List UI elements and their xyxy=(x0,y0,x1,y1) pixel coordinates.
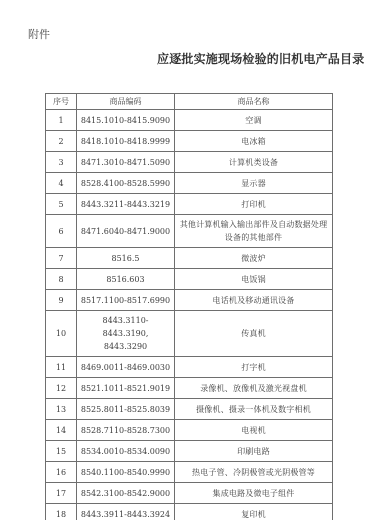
table-row: 78516.5微波炉 xyxy=(46,248,333,269)
table-row: 158534.0010-8534.0090印刷电路 xyxy=(46,441,333,462)
product-name-cell: 电饭锅 xyxy=(175,269,333,290)
table-row: 38471.3010-8471.5090计算机类设备 xyxy=(46,152,333,173)
page-title: 应逐批实施现场检验的旧机电产品目录 xyxy=(157,50,364,67)
product-name-cell: 其他计算机输入输出部件及自动数据处理设备的其他部件 xyxy=(175,215,333,248)
table-row: 18415.1010-8415.9090空调 xyxy=(46,110,333,131)
serial-number-cell: 13 xyxy=(46,399,77,420)
product-code-cell: 8418.1010-8418.9999 xyxy=(77,131,175,152)
product-code-cell: 8471.3010-8471.5090 xyxy=(77,152,175,173)
product-name-cell: 显示器 xyxy=(175,173,333,194)
product-code-cell: 8516.5 xyxy=(77,248,175,269)
serial-number-cell: 9 xyxy=(46,290,77,311)
table-row: 88516.603电饭锅 xyxy=(46,269,333,290)
serial-number-cell: 6 xyxy=(46,215,77,248)
serial-number-cell: 7 xyxy=(46,248,77,269)
product-name-cell: 复印机 xyxy=(175,504,333,520)
serial-number-cell: 2 xyxy=(46,131,77,152)
table-row: 148528.7110-8528.7300电视机 xyxy=(46,420,333,441)
table-header-row: 序号 商品编码 商品名称 xyxy=(46,94,333,110)
product-name-cell: 录像机、放像机及激光视盘机 xyxy=(175,378,333,399)
product-code-cell: 8517.1100-8517.6990 xyxy=(77,290,175,311)
product-name-cell: 打印机 xyxy=(175,194,333,215)
serial-number-cell: 1 xyxy=(46,110,77,131)
product-code-cell: 8443.3911-8443.3924 xyxy=(77,504,175,520)
product-name-cell: 微波炉 xyxy=(175,248,333,269)
product-name-cell: 热电子管、冷阴极管或光阴极管等 xyxy=(175,462,333,483)
serial-number-cell: 8 xyxy=(46,269,77,290)
product-name-cell: 传真机 xyxy=(175,311,333,357)
table-row: 188443.3911-8443.3924复印机 xyxy=(46,504,333,520)
serial-number-cell: 14 xyxy=(46,420,77,441)
table-row: 108443.3110-8443.3190, 8443.3290传真机 xyxy=(46,311,333,357)
product-code-cell: 8516.603 xyxy=(77,269,175,290)
table-row: 128521.1011-8521.9019录像机、放像机及激光视盘机 xyxy=(46,378,333,399)
product-name-cell: 计算机类设备 xyxy=(175,152,333,173)
product-catalog-table: 序号 商品编码 商品名称 18415.1010-8415.9090空调28418… xyxy=(45,93,333,520)
serial-number-cell: 5 xyxy=(46,194,77,215)
product-name-cell: 空调 xyxy=(175,110,333,131)
product-code-cell: 8525.8011-8525.8039 xyxy=(77,399,175,420)
serial-number-cell: 16 xyxy=(46,462,77,483)
product-name-cell: 电话机及移动通讯设备 xyxy=(175,290,333,311)
serial-number-cell: 4 xyxy=(46,173,77,194)
serial-number-cell: 17 xyxy=(46,483,77,504)
product-code-cell: 8534.0010-8534.0090 xyxy=(77,441,175,462)
column-header-name: 商品名称 xyxy=(175,94,333,110)
serial-number-cell: 11 xyxy=(46,357,77,378)
product-name-cell: 打字机 xyxy=(175,357,333,378)
product-code-cell: 8542.3100-8542.9000 xyxy=(77,483,175,504)
product-code-cell: 8443.3110-8443.3190, 8443.3290 xyxy=(77,311,175,357)
product-code-cell: 8415.1010-8415.9090 xyxy=(77,110,175,131)
table-row: 28418.1010-8418.9999电冰箱 xyxy=(46,131,333,152)
product-name-cell: 电视机 xyxy=(175,420,333,441)
product-code-cell: 8521.1011-8521.9019 xyxy=(77,378,175,399)
table-body: 18415.1010-8415.9090空调28418.1010-8418.99… xyxy=(46,110,333,520)
table-row: 138525.8011-8525.8039摄像机、摄录一体机及数字相机 xyxy=(46,399,333,420)
column-header-serial: 序号 xyxy=(46,94,77,110)
table-row: 68471.6040-8471.9000其他计算机输入输出部件及自动数据处理设备… xyxy=(46,215,333,248)
table-row: 178542.3100-8542.9000集成电路及微电子组件 xyxy=(46,483,333,504)
product-name-cell: 摄像机、摄录一体机及数字相机 xyxy=(175,399,333,420)
product-name-cell: 印刷电路 xyxy=(175,441,333,462)
serial-number-cell: 3 xyxy=(46,152,77,173)
product-code-cell: 8540.1100-8540.9990 xyxy=(77,462,175,483)
product-code-cell: 8471.6040-8471.9000 xyxy=(77,215,175,248)
table-row: 98517.1100-8517.6990电话机及移动通讯设备 xyxy=(46,290,333,311)
serial-number-cell: 10 xyxy=(46,311,77,357)
table-row: 58443.3211-8443.3219打印机 xyxy=(46,194,333,215)
serial-number-cell: 12 xyxy=(46,378,77,399)
product-code-cell: 8528.7110-8528.7300 xyxy=(77,420,175,441)
product-code-cell: 8469.0011-8469.0030 xyxy=(77,357,175,378)
serial-number-cell: 18 xyxy=(46,504,77,520)
product-name-cell: 集成电路及微电子组件 xyxy=(175,483,333,504)
column-header-code: 商品编码 xyxy=(77,94,175,110)
serial-number-cell: 15 xyxy=(46,441,77,462)
table-row: 118469.0011-8469.0030打字机 xyxy=(46,357,333,378)
product-code-cell: 8528.4100-8528.5990 xyxy=(77,173,175,194)
table-row: 168540.1100-8540.9990热电子管、冷阴极管或光阴极管等 xyxy=(46,462,333,483)
table-row: 48528.4100-8528.5990显示器 xyxy=(46,173,333,194)
product-name-cell: 电冰箱 xyxy=(175,131,333,152)
product-code-cell: 8443.3211-8443.3219 xyxy=(77,194,175,215)
attachment-label: 附件 xyxy=(28,26,50,42)
